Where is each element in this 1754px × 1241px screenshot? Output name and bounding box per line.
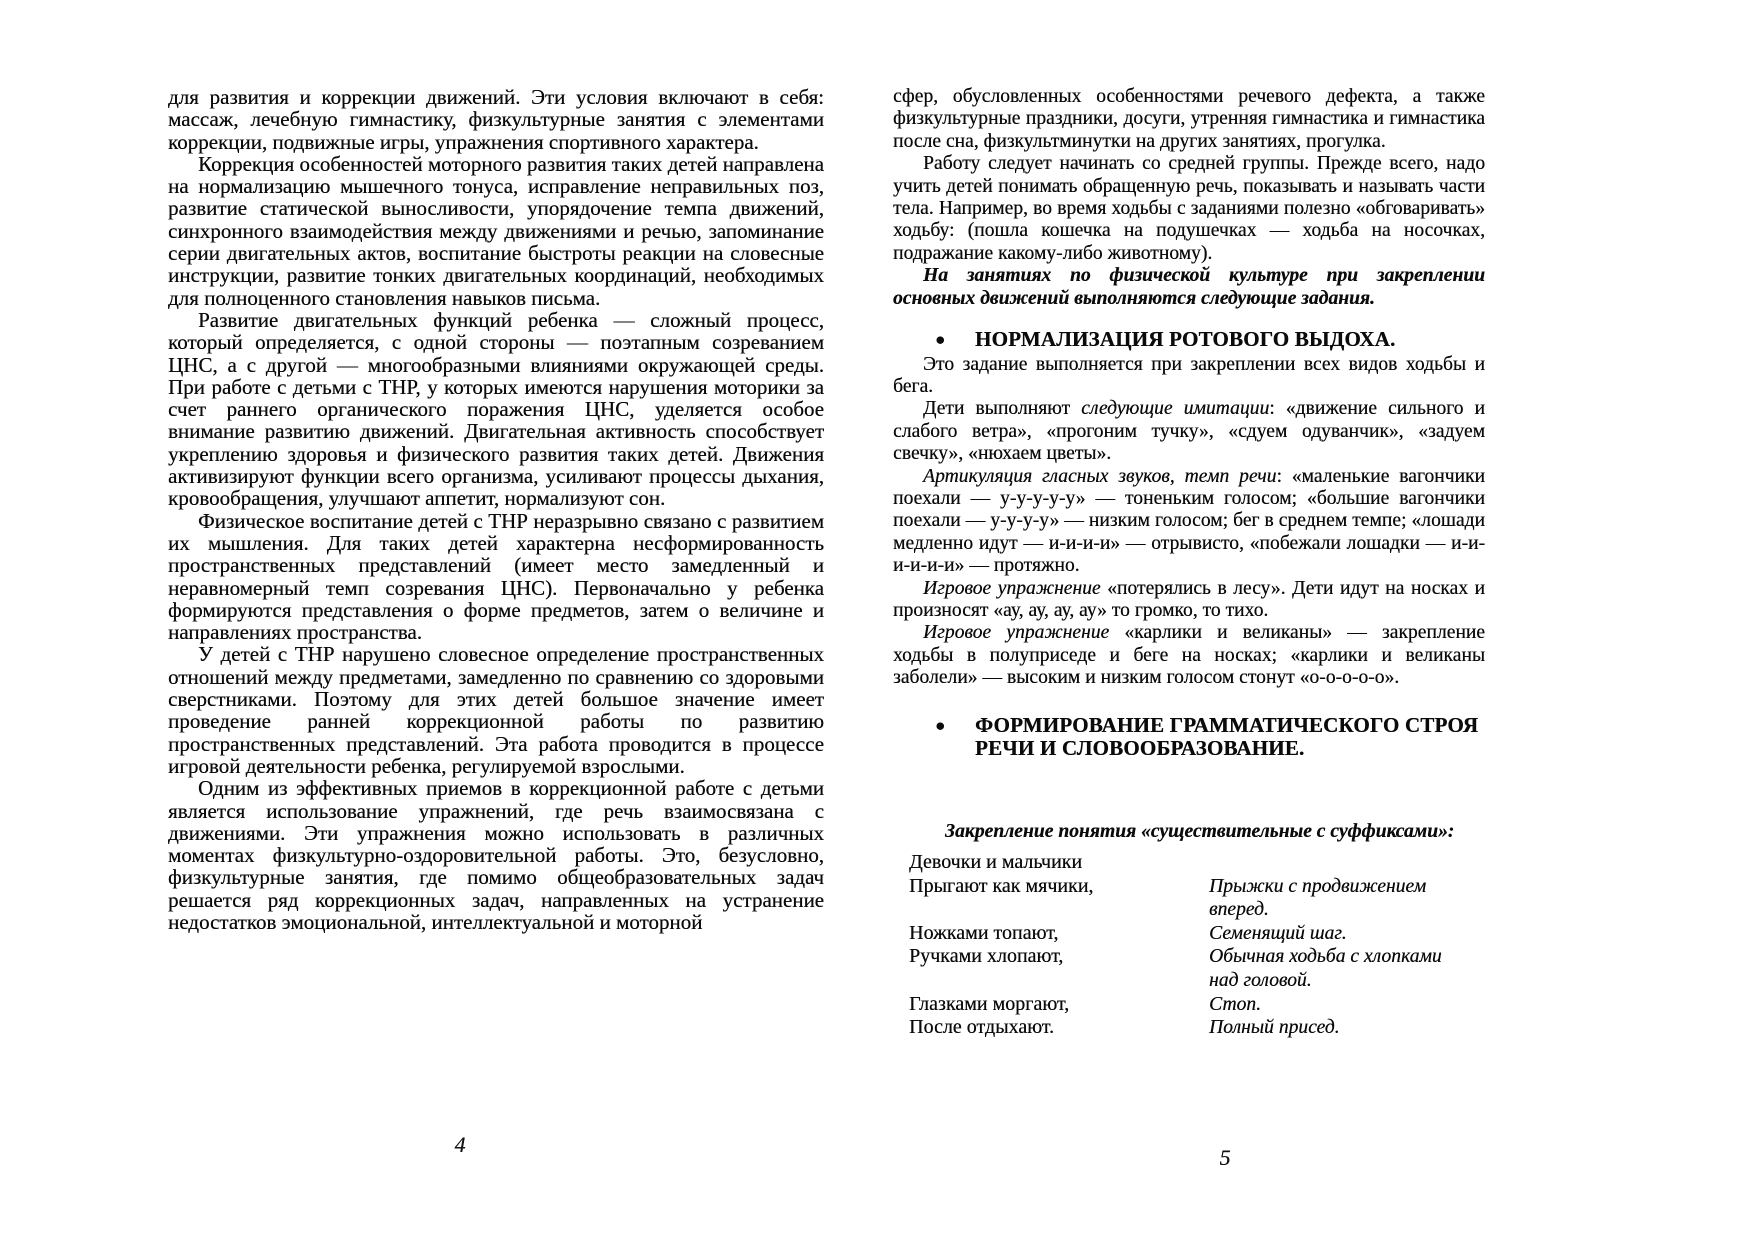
paragraph: Развитие двигательных функций ребенка — … xyxy=(168,309,824,510)
verse-line: Ручками хлопают, xyxy=(909,945,1209,992)
paragraph: Это задание выполняется при закреплении … xyxy=(893,354,1485,399)
heading-text: НОРМАЛИЗАЦИЯ РОТОВОГО ВЫДОХА. xyxy=(975,328,1485,352)
paragraph: Одним из эффективных приемов в коррекцио… xyxy=(168,777,824,933)
right-page-text-column: сфер, обусловленных особенностями речево… xyxy=(893,86,1485,1040)
text-segment: сфер, обусловленных особенностями речево… xyxy=(893,86,1485,152)
text-segment: для развития и коррекции движений. Эти у… xyxy=(168,85,824,154)
text-segment: Дети выполняют xyxy=(923,398,1081,419)
paragraph: У детей с ТНР нарушено словесное определ… xyxy=(168,643,824,777)
movement-instruction: Обычная ходьба с хлопками над головой. xyxy=(1209,945,1451,992)
verse-line: Глазками моргают, xyxy=(909,993,1209,1017)
verse-line: Ножками топают, xyxy=(909,922,1209,946)
bullet-icon: ● xyxy=(893,714,975,738)
movement-instruction: Стоп. xyxy=(1209,993,1451,1017)
text-segment: Развитие двигательных функций ребенка — … xyxy=(168,308,824,510)
verse-line: После отдыхают. xyxy=(909,1016,1209,1040)
text-segment: Работу следует начинать со средней групп… xyxy=(893,153,1485,264)
movement-instruction: Семенящий шаг. xyxy=(1209,922,1451,946)
scanned-book-spread: { "left_page": { "page_number": "4", "bl… xyxy=(0,0,1754,1241)
text-segment: У детей с ТНР нарушено словесное определ… xyxy=(168,642,824,777)
left-page-text-column: для развития и коррекции движений. Эти у… xyxy=(168,86,824,933)
paragraph: сфер, обусловленных особенностями речево… xyxy=(893,86,1485,153)
section-heading: ●ФОРМИРОВАНИЕ ГРАММАТИЧЕСКОГО СТРОЯ РЕЧИ… xyxy=(893,714,1485,761)
paragraph: для развития и коррекции движений. Эти у… xyxy=(168,86,824,153)
text-segment: Физическое воспитание детей с ТНР неразр… xyxy=(168,509,824,644)
text-segment: Игровое упражнение xyxy=(923,578,1101,599)
movement-instruction: Прыжки с продвижением вперед. xyxy=(1209,875,1451,922)
text-segment: Коррекция особенностей моторного развити… xyxy=(168,152,824,310)
text-segment: Артикуляция гласных звуков, темп речи xyxy=(923,466,1276,487)
paragraph: На занятиях по физической культуре при з… xyxy=(893,265,1485,310)
text-segment: На занятиях по физической культуре при з… xyxy=(893,265,1485,308)
text-segment: Закрепление понятия «существительные с с… xyxy=(945,821,1454,842)
text-segment: Игровое упражнение xyxy=(923,622,1109,643)
section-heading: ●НОРМАЛИЗАЦИЯ РОТОВОГО ВЫДОХА. xyxy=(893,328,1485,352)
paragraph: Дети выполняют следующие имитации: «движ… xyxy=(893,398,1485,465)
verse-line: Прыгают как мячики, xyxy=(909,875,1209,922)
exercise-verse-table: Девочки и мальчикиПрыгают как мячики,Пры… xyxy=(893,851,1485,1040)
paragraph: Закрепление понятия «существительные с с… xyxy=(893,821,1485,843)
text-segment: следующие имитации xyxy=(1081,398,1269,419)
paragraph: Коррекция особенностей моторного развити… xyxy=(168,153,824,309)
paragraph: Игровое упражнение «потерялись в лесу». … xyxy=(893,578,1485,623)
text-segment: Одним из эффективных приемов в коррекцио… xyxy=(168,776,824,934)
bullet-icon: ● xyxy=(893,328,975,352)
movement-instruction xyxy=(1209,851,1451,875)
heading-text: ФОРМИРОВАНИЕ ГРАММАТИЧЕСКОГО СТРОЯ РЕЧИ … xyxy=(975,714,1485,761)
movement-instruction: Полный присед. xyxy=(1209,1016,1451,1040)
paragraph: Артикуляция гласных звуков, темп речи: «… xyxy=(893,466,1485,578)
right-page-number: 5 xyxy=(1205,1145,1245,1171)
verse-line: Девочки и мальчики xyxy=(909,851,1209,875)
left-page-number: 4 xyxy=(440,1132,480,1158)
paragraph: Игровое упражнение «карлики и великаны» … xyxy=(893,622,1485,689)
text-segment: Это задание выполняется при закреплении … xyxy=(893,354,1485,397)
paragraph: Физическое воспитание детей с ТНР неразр… xyxy=(168,510,824,644)
paragraph: Работу следует начинать со средней групп… xyxy=(893,153,1485,265)
